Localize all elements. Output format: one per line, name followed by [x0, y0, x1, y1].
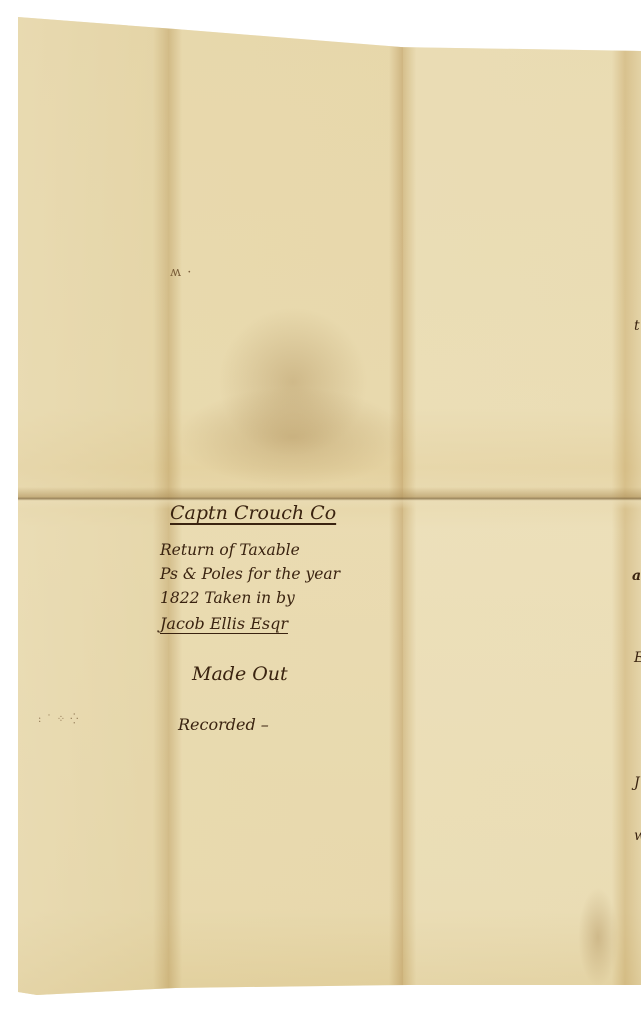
edge-fragment: w	[634, 828, 641, 844]
ink-blots: ʍ ·	[170, 265, 192, 280]
note-made-out: Made Out	[192, 663, 373, 685]
docket-heading: Captn Crouch Co	[170, 502, 373, 524]
edge-fragment: t	[634, 318, 640, 334]
signature: Jacob Ellis Esqr	[160, 614, 373, 633]
water-stain	[578, 887, 618, 987]
docket-inscription: Captn Crouch Co Return of Taxable Ps & P…	[158, 500, 373, 734]
ink-specks: : ˙ ⁘ ⁛	[38, 714, 79, 725]
edge-fragment: E	[634, 650, 641, 666]
docket-line: Return of Taxable	[160, 538, 373, 562]
docket-line: Ps & Poles for the year	[160, 562, 373, 586]
edge-fragment: J	[634, 775, 640, 791]
docket-line: 1822 Taken in by	[160, 586, 373, 610]
note-recorded: Recorded –	[178, 715, 373, 734]
water-stain	[178, 387, 408, 487]
edge-fragment: a	[632, 568, 641, 584]
